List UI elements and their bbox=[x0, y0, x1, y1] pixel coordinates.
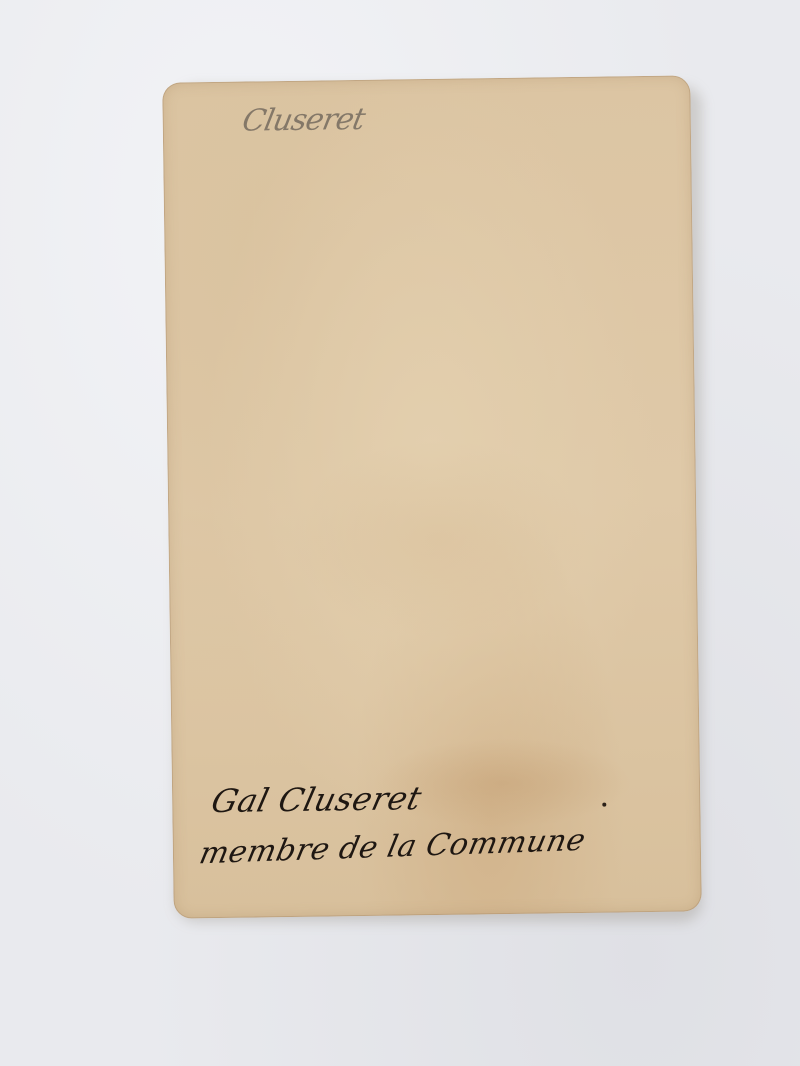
pencil-annotation: Cluseret bbox=[239, 102, 367, 139]
carte-de-visite-back: Cluseret Gal Cluseret membre de la Commu… bbox=[162, 75, 702, 918]
paper-stain bbox=[287, 437, 590, 641]
ink-spot bbox=[602, 803, 606, 807]
inscription-line-1: Gal Cluseret bbox=[208, 779, 426, 820]
inscription-line-2: membre de la Commune bbox=[196, 823, 589, 872]
